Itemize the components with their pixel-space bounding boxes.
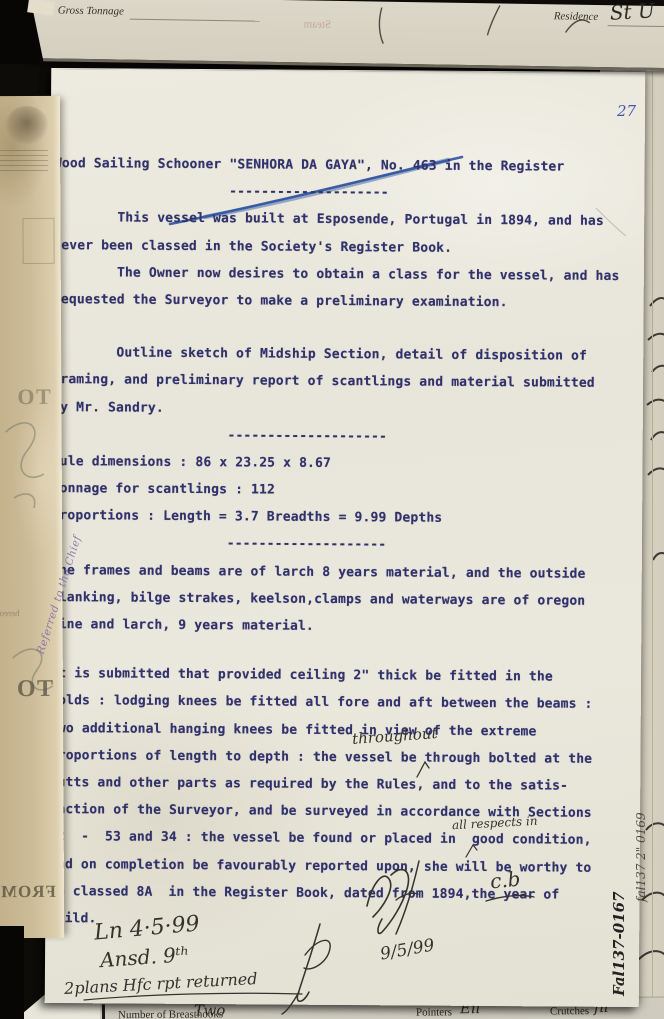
- top-form-strip: Gross Tonnage Residence St U Steam: [25, 0, 664, 71]
- archive-ref-secondary: fal137 2" 0169: [634, 812, 648, 902]
- mirrored-to-text-upper: TO: [15, 384, 51, 410]
- plans-note-underline: [84, 993, 302, 1000]
- small-print-lines: [0, 150, 48, 174]
- residence-handwriting: St U: [609, 0, 655, 25]
- faint-printed-box: [22, 218, 54, 264]
- mirrored-from-text: FROM: [0, 882, 56, 902]
- blue-page-number: 27: [617, 102, 636, 120]
- archive-ref-primary: Fal137-0167: [610, 891, 628, 996]
- scanned-document-canvas: Number of Breasthooks Two Pointers Eil C…: [0, 0, 664, 1019]
- mirrored-to-text-lower: TO: [15, 676, 53, 703]
- handwriting-ink-overlay: [0, 0, 664, 1019]
- mirrored-to-glyphs: TO: [15, 676, 53, 703]
- crest-emblem: [6, 106, 48, 144]
- signature-flourish: [297, 924, 320, 1001]
- gross-tonnage-label: Gross Tonnage: [58, 5, 124, 18]
- mirrored-small-glyphs: hereof: [0, 608, 20, 618]
- surveyor-monogram: [367, 876, 391, 917]
- scanner-black-corner-bottomleft: [0, 926, 24, 1019]
- mirrored-to-glyphs: TO: [15, 384, 51, 410]
- left-folded-sheet: TO TO FROM hereof Referred to the Chief: [0, 96, 64, 938]
- residence-label: Residence: [554, 10, 599, 23]
- mirrored-small-text: hereof: [0, 608, 20, 618]
- mirrored-from-glyphs: FROM: [0, 882, 56, 902]
- surveyor-monogram: [378, 870, 409, 934]
- insertion-caret: [466, 845, 477, 857]
- initials-underline: [486, 896, 534, 901]
- surveyor-monogram: [396, 893, 418, 900]
- insertion-caret: [417, 762, 429, 777]
- steam-stamp-showthrough: Steam: [303, 18, 331, 30]
- signature-flourish: [282, 992, 299, 1014]
